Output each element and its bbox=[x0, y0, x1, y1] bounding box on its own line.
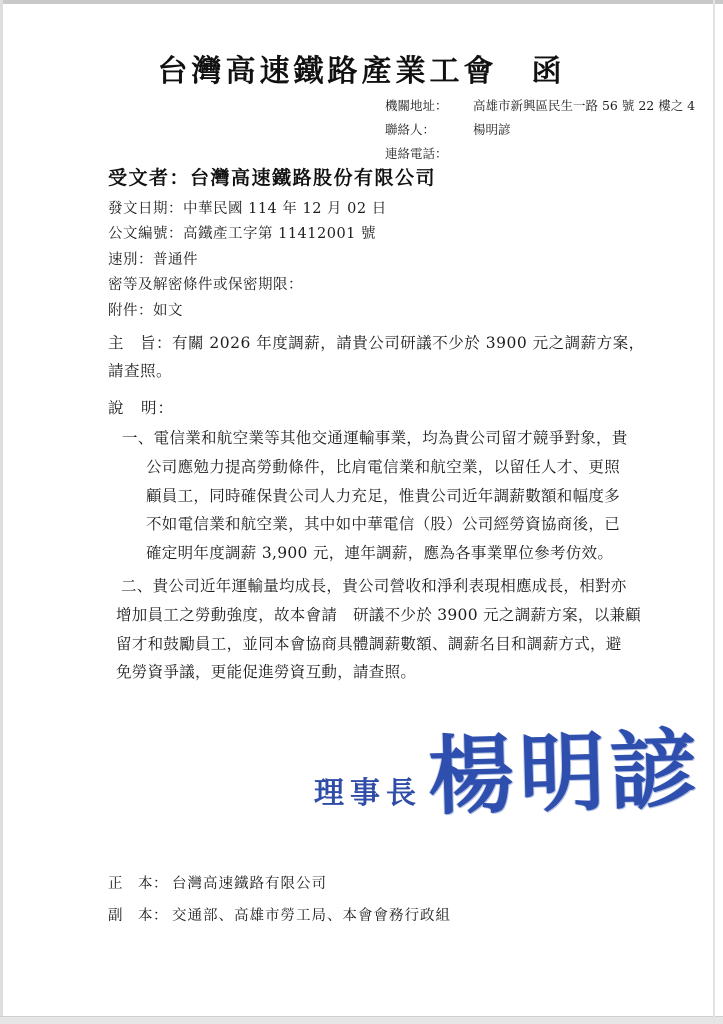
text-line: 顧員工，同時確保貴公司人力充足，惟貴公司近年調薪數額和幅度多 bbox=[122, 482, 667, 511]
cc-copy-row: 副 本： 交通部、高雄市勞工局、本會會務行政組 bbox=[108, 900, 451, 932]
copies-block: 正 本： 台灣高速鐵路有限公司 副 本： 交通部、高雄市勞工局、本會會務行政組 bbox=[108, 868, 451, 932]
document-title: 台灣高速鐵路產業工會 函 bbox=[0, 46, 723, 90]
contact-person-value: 楊明諺 bbox=[473, 118, 511, 142]
text-line: 一、電信業和航空業等其他交通運輸事業，均為貴公司留才競爭對象，貴 bbox=[122, 424, 667, 453]
cc-copy-value: 交通部、高雄市勞工局、本會會務行政組 bbox=[172, 900, 451, 932]
contact-person-label: 聯絡人： bbox=[385, 118, 473, 142]
text-line: 公文編號：高鐵產工字第 11412001 號 bbox=[108, 222, 387, 247]
text-line: 二、貴公司近年運輸量均成長，貴公司營收和淨利表現相應成長，相對亦 bbox=[116, 572, 668, 601]
sender-address-value: 高雄市新興區民生一路 56 號 22 樓之 4 bbox=[473, 94, 695, 118]
document-meta-block: 發文日期：中華民國 114 年 12 月 02 日公文編號：高鐵產工字第 114… bbox=[108, 197, 387, 324]
original-copy-row: 正 本： 台灣高速鐵路有限公司 bbox=[108, 868, 451, 900]
explanation-item-2: 二、貴公司近年運輸量均成長，貴公司營收和淨利表現相應成長，相對亦增加員工之勞動強… bbox=[116, 572, 668, 687]
subject-block: 主 旨：有關 2026 年度調薪，請貴公司研議不少於 3900 元之調薪方案，請… bbox=[108, 330, 664, 385]
scanned-letter-page: 台灣高速鐵路產業工會 函 機關地址： 高雄市新興區民生一路 56 號 22 樓之… bbox=[0, 0, 723, 1024]
sender-address-label: 機關地址： bbox=[385, 94, 473, 118]
chairman-title: 理事長 bbox=[314, 768, 422, 812]
text-line: 密等及解密條件或保密期限： bbox=[108, 273, 387, 298]
text-line: 主 旨：有關 2026 年度調薪，請貴公司研議不少於 3900 元之調薪方案， bbox=[108, 330, 664, 358]
text-line: 請查照。 bbox=[108, 358, 664, 386]
sender-info-block: 機關地址： 高雄市新興區民生一路 56 號 22 樓之 4 聯絡人： 楊明諺 連… bbox=[385, 94, 695, 166]
signature-block: 理事長 楊明諺 bbox=[0, 712, 723, 872]
sender-address-row: 機關地址： 高雄市新興區民生一路 56 號 22 樓之 4 bbox=[385, 94, 695, 118]
cc-copy-label: 副 本： bbox=[108, 900, 172, 932]
text-line: 公司應勉力提高勞動條件，比肩電信業和航空業，以留任人才、更照 bbox=[122, 453, 667, 482]
recipient-line: 受文者：台灣高速鐵路股份有限公司 bbox=[108, 163, 436, 190]
text-line: 留才和鼓勵員工，並同本會協商具體調薪數額、調薪名目和調薪方式，避 bbox=[116, 630, 668, 659]
text-line: 不如電信業和航空業，其中如中華電信（股）公司經勞資協商後，已 bbox=[122, 510, 667, 539]
text-line: 速別：普通件 bbox=[108, 248, 387, 273]
explanation-label: 說 明： bbox=[108, 396, 174, 418]
original-copy-label: 正 本： bbox=[108, 868, 172, 900]
text-line: 發文日期：中華民國 114 年 12 月 02 日 bbox=[108, 197, 387, 222]
explanation-item-1: 一、電信業和航空業等其他交通運輸事業，均為貴公司留才競爭對象，貴公司應勉力提高勞… bbox=[122, 424, 667, 568]
text-line: 免勞資爭議，更能促進勞資互動，請查照。 bbox=[116, 658, 668, 687]
scan-edge-top bbox=[0, 0, 723, 4]
text-line: 附件：如文 bbox=[108, 299, 387, 324]
chairman-signature-stamp: 楊明諺 bbox=[426, 700, 702, 831]
original-copy-value: 台灣高速鐵路有限公司 bbox=[172, 868, 327, 900]
text-line: 增加員工之勞動強度，故本會請 研議不少於 3900 元之調薪方案，以兼顧 bbox=[116, 601, 668, 630]
text-line: 確定明年度調薪 3,900 元，連年調薪，應為各事業單位參考仿效。 bbox=[122, 539, 667, 568]
scan-edge-bottom bbox=[0, 1016, 723, 1024]
contact-person-row: 聯絡人： 楊明諺 bbox=[385, 118, 695, 142]
